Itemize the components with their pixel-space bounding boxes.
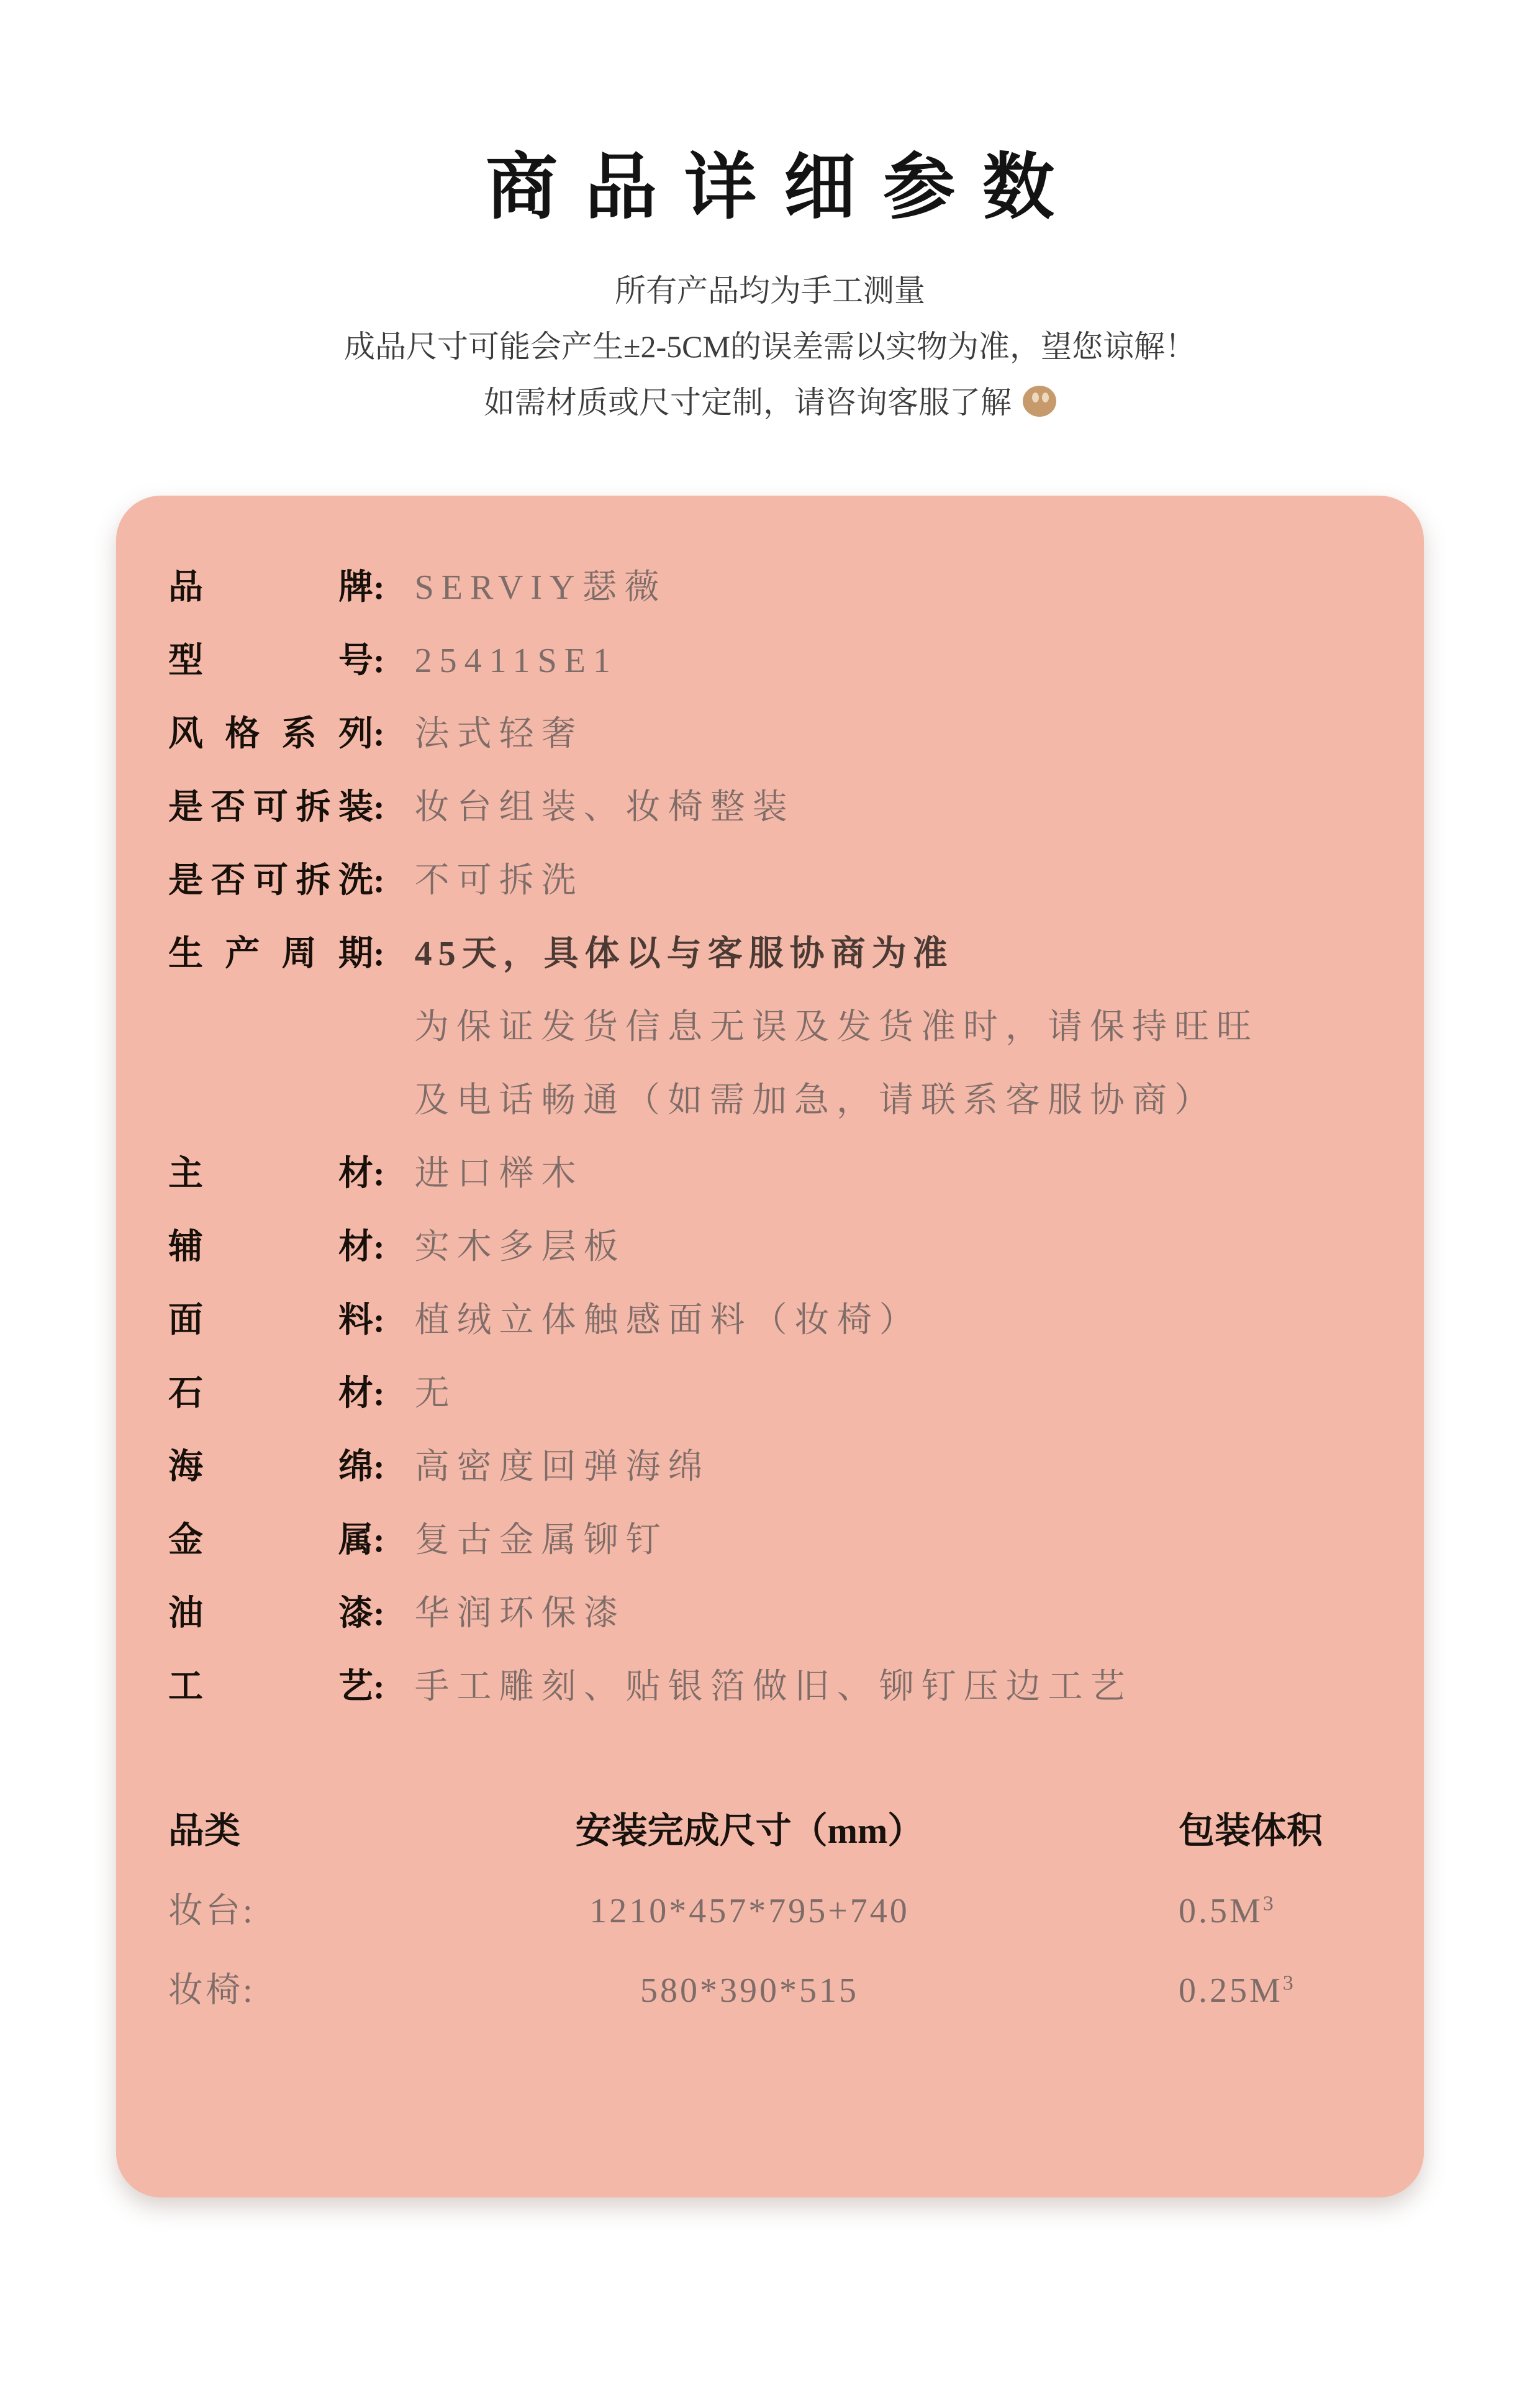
spec-row-model: 型号:25411SE1 [168, 643, 1372, 678]
spec-row-disassembly: 是否可拆装:妆台组装、妆椅整装 [168, 790, 1372, 825]
spec-value: 25411SE1 [415, 642, 618, 680]
spec-label: 品牌 [168, 570, 373, 605]
spec-value: 不可拆洗 [415, 861, 584, 900]
size-table-row-vanity: 妆台: 1210*457*795+740 0.5M3 [168, 1894, 1372, 1928]
spec-row-main: 生产周期:45天，具体以与客服协商为准 [168, 937, 1372, 971]
spec-colon: : [373, 1448, 385, 1486]
spec-label: 工艺 [168, 1669, 373, 1704]
subtitle-line: 所有产品均为手工测量 [0, 263, 1540, 319]
spec-row-metal: 金属:复古金属铆钉 [168, 1523, 1372, 1558]
spec-value: SERVIY瑟薇 [415, 568, 667, 607]
size-table-dimensions: 580*390*515 [379, 1973, 1120, 2008]
size-table-category: 妆台: [168, 1894, 379, 1928]
spec-colon: : [373, 1228, 385, 1266]
spec-value: 45天，具体以与客服协商为准 [415, 935, 954, 973]
spec-colon: : [373, 568, 385, 607]
size-table-category: 妆椅: [168, 1973, 379, 2008]
spec-colon: : [373, 1594, 385, 1633]
spec-colon: : [373, 1155, 385, 1193]
size-table-header: 品类 安装完成尺寸（mm） 包装体积 [168, 1813, 1372, 1849]
size-table-row-chair: 妆椅: 580*390*515 0.25M3 [168, 1973, 1372, 2008]
spec-colon: : [373, 715, 385, 753]
emoji-eye [1042, 393, 1049, 402]
spec-label: 风格系列 [168, 717, 373, 752]
volume-value: 0.5M [1179, 1892, 1263, 1930]
size-table-dimensions: 1210*457*795+740 [379, 1894, 1120, 1928]
spec-label: 辅材 [168, 1230, 373, 1265]
spec-row-fabric: 面料:植绒立体触感面料（妆椅） [168, 1303, 1372, 1338]
spec-label: 海绵 [168, 1450, 373, 1484]
spec-note-line: 及电话畅通（如需加急，请联系客服协商） [414, 1083, 1372, 1118]
subtitle-line: 成品尺寸可能会产生±2-5CM的误差需以实物为准，望您谅解！ [0, 319, 1540, 375]
spec-value: 华润环保漆 [415, 1594, 626, 1633]
volume-exponent: 3 [1263, 1892, 1276, 1915]
spec-value: 法式轻奢 [415, 715, 584, 753]
spec-note-line: 为保证发货信息无误及发货准时，请保持旺旺 [414, 1010, 1372, 1045]
spec-colon: : [373, 642, 385, 680]
spec-colon: : [373, 861, 385, 900]
spec-row-sponge: 海绵:高密度回弹海绵 [168, 1450, 1372, 1484]
spec-row-stone: 石材:无 [168, 1376, 1372, 1411]
spec-colon: : [373, 1301, 385, 1340]
spec-colon: : [373, 1374, 385, 1413]
spec-colon: : [373, 935, 385, 973]
spec-value: 妆台组装、妆椅整装 [415, 788, 795, 827]
spec-label: 是否可拆装 [168, 790, 373, 825]
emoji-eye [1032, 393, 1039, 402]
spec-colon: : [373, 1668, 385, 1706]
size-table-header-category: 品类 [168, 1813, 379, 1849]
spec-row-production-cycle: 生产周期:45天，具体以与客服协商为准 为保证发货信息无误及发货准时，请保持旺旺… [168, 937, 1372, 1118]
spec-label: 主材 [168, 1156, 373, 1191]
spec-label: 是否可拆洗 [168, 863, 373, 898]
product-spec-page: 商品详细参数 所有产品均为手工测量 成品尺寸可能会产生±2-5CM的误差需以实物… [0, 0, 1540, 2385]
spec-colon: : [373, 1521, 385, 1560]
spec-row-washable: 是否可拆洗:不可拆洗 [168, 863, 1372, 898]
spec-value: 复古金属铆钉 [415, 1521, 668, 1560]
spec-label: 生产周期 [168, 937, 373, 971]
spec-label: 石材 [168, 1376, 373, 1411]
spec-value: 无 [415, 1374, 457, 1413]
spec-card: 品牌:SERVIY瑟薇 型号:25411SE1 风格系列:法式轻奢 是否可拆装:… [116, 496, 1424, 2197]
size-table-volume: 0.5M3 [1120, 1894, 1372, 1928]
spec-value: 实木多层板 [415, 1228, 626, 1266]
spec-row-style-series: 风格系列:法式轻奢 [168, 717, 1372, 752]
spec-value: 植绒立体触感面料（妆椅） [415, 1301, 922, 1340]
spec-label: 面料 [168, 1303, 373, 1338]
size-table-header-volume: 包装体积 [1120, 1813, 1372, 1849]
smiley-emoji [1023, 386, 1056, 417]
subtitle-line: 如需材质或尺寸定制，请咨询客服了解 [0, 375, 1540, 430]
page-title: 商品详细参数 [0, 0, 1540, 224]
subtitle-block: 所有产品均为手工测量 成品尺寸可能会产生±2-5CM的误差需以实物为准，望您谅解… [0, 263, 1540, 430]
spec-row-main-material: 主材:进口榉木 [168, 1156, 1372, 1191]
subtitle-text: 如需材质或尺寸定制，请咨询客服了解 [484, 385, 1012, 420]
spec-value: 进口榉木 [415, 1155, 584, 1193]
spec-row-aux-material: 辅材:实木多层板 [168, 1230, 1372, 1265]
spec-colon: : [373, 788, 385, 827]
volume-exponent: 3 [1283, 1971, 1296, 1994]
size-table: 品类 安装完成尺寸（mm） 包装体积 妆台: 1210*457*795+740 … [168, 1813, 1372, 2008]
volume-value: 0.25M [1179, 1971, 1283, 2010]
spec-value: 高密度回弹海绵 [415, 1448, 710, 1486]
spec-label: 油漆 [168, 1596, 373, 1631]
spec-row-brand: 品牌:SERVIY瑟薇 [168, 570, 1372, 605]
spec-row-paint: 油漆:华润环保漆 [168, 1596, 1372, 1631]
size-table-header-dimensions: 安装完成尺寸（mm） [379, 1813, 1120, 1849]
size-table-volume: 0.25M3 [1120, 1973, 1372, 2008]
spec-label: 型号 [168, 643, 373, 678]
spec-value: 手工雕刻、贴银箔做旧、铆钉压边工艺 [415, 1668, 1133, 1706]
spec-row-craft: 工艺:手工雕刻、贴银箔做旧、铆钉压边工艺 [168, 1669, 1372, 1704]
spec-label: 金属 [168, 1523, 373, 1558]
